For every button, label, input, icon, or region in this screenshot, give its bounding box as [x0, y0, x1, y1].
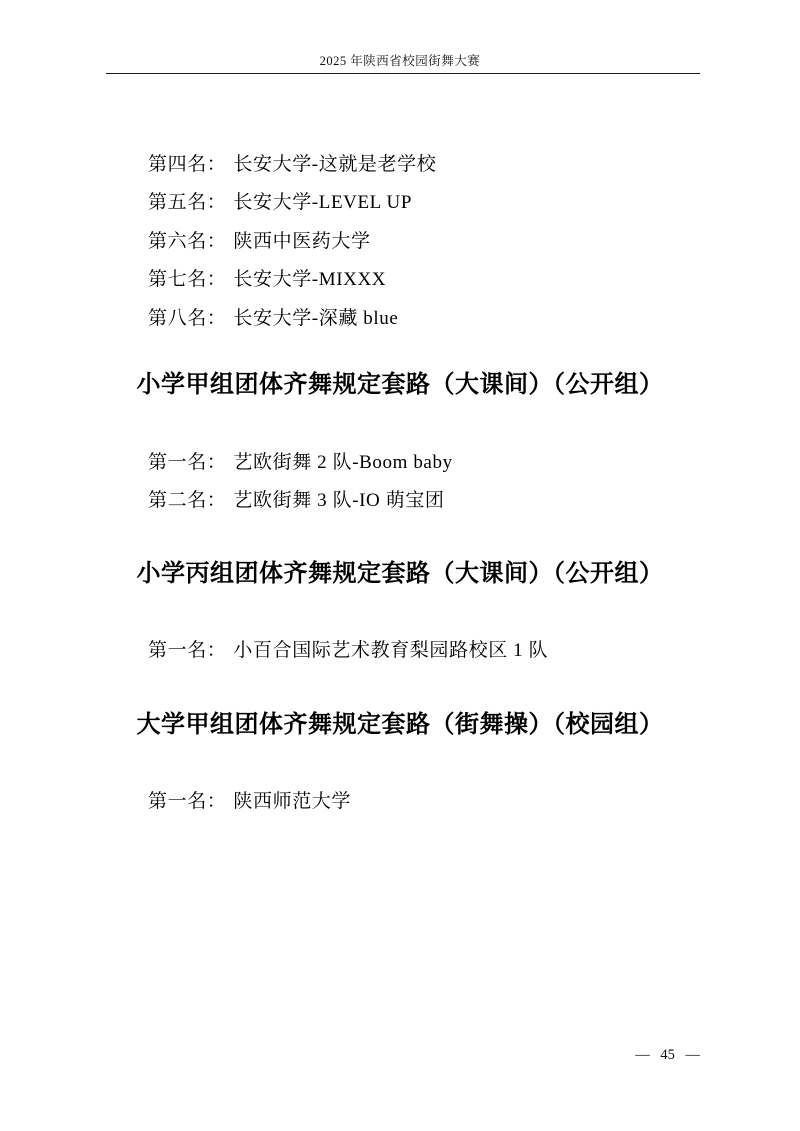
document-page: 2025 年陕西省校园街舞大赛 第四名：长安大学-这就是老学校 第五名：长安大学…: [0, 0, 800, 1131]
rank-label: 第四名：: [148, 154, 226, 175]
rank-label: 第八名：: [148, 308, 226, 329]
rank-list-continued: 第四名：长安大学-这就是老学校 第五名：长安大学-LEVEL UP 第六名：陕西…: [148, 146, 436, 338]
rank-name: 长安大学-MIXXX: [233, 269, 386, 290]
rank-label: 第一名：: [148, 791, 226, 812]
rank-name: 艺欧街舞 3 队-IO 萌宝团: [233, 490, 444, 511]
rank-name: 长安大学-LEVEL UP: [233, 192, 412, 213]
rank-item: 第七名：长安大学-MIXXX: [148, 261, 436, 299]
page-number: — 45 —: [400, 1047, 700, 1064]
rank-list: 第一名：艺欧街舞 2 队-Boom baby 第二名：艺欧街舞 3 队-IO 萌…: [148, 444, 453, 521]
section-heading-primary-c-group: 小学丙组团体齐舞规定套路（大课间）（公开组）: [0, 559, 800, 589]
page-header-title: 2025 年陕西省校园街舞大赛: [0, 51, 800, 69]
rank-label: 第六名：: [148, 231, 226, 252]
rank-label: 第一名：: [148, 452, 226, 473]
rank-item: 第八名：长安大学-深藏 blue: [148, 300, 436, 338]
rank-item: 第六名：陕西中医药大学: [148, 223, 436, 261]
section-heading-primary-a-group: 小学甲组团体齐舞规定套路（大课间）（公开组）: [0, 370, 800, 400]
rank-item: 第五名：长安大学-LEVEL UP: [148, 184, 436, 222]
rank-item: 第一名：艺欧街舞 2 队-Boom baby: [148, 444, 453, 482]
rank-name: 长安大学-深藏 blue: [233, 308, 398, 329]
rank-name: 陕西师范大学: [233, 791, 351, 812]
header-rule: [106, 73, 700, 74]
rank-label: 第一名：: [148, 640, 226, 661]
rank-item: 第一名：小百合国际艺术教育梨园路校区 1 队: [148, 632, 548, 670]
rank-list: 第一名：陕西师范大学: [148, 783, 351, 821]
rank-label: 第七名：: [148, 269, 226, 290]
section-heading-university-a-group: 大学甲组团体齐舞规定套路（街舞操）（校园组）: [0, 710, 800, 740]
rank-item: 第二名：艺欧街舞 3 队-IO 萌宝团: [148, 482, 453, 520]
rank-name: 艺欧街舞 2 队-Boom baby: [233, 452, 452, 473]
rank-name: 小百合国际艺术教育梨园路校区 1 队: [233, 640, 548, 661]
rank-item: 第一名：陕西师范大学: [148, 783, 351, 821]
rank-name: 长安大学-这就是老学校: [233, 154, 436, 175]
rank-list: 第一名：小百合国际艺术教育梨园路校区 1 队: [148, 632, 548, 670]
rank-label: 第五名：: [148, 192, 226, 213]
rank-label: 第二名：: [148, 490, 226, 511]
rank-name: 陕西中医药大学: [233, 231, 370, 252]
rank-item: 第四名：长安大学-这就是老学校: [148, 146, 436, 184]
